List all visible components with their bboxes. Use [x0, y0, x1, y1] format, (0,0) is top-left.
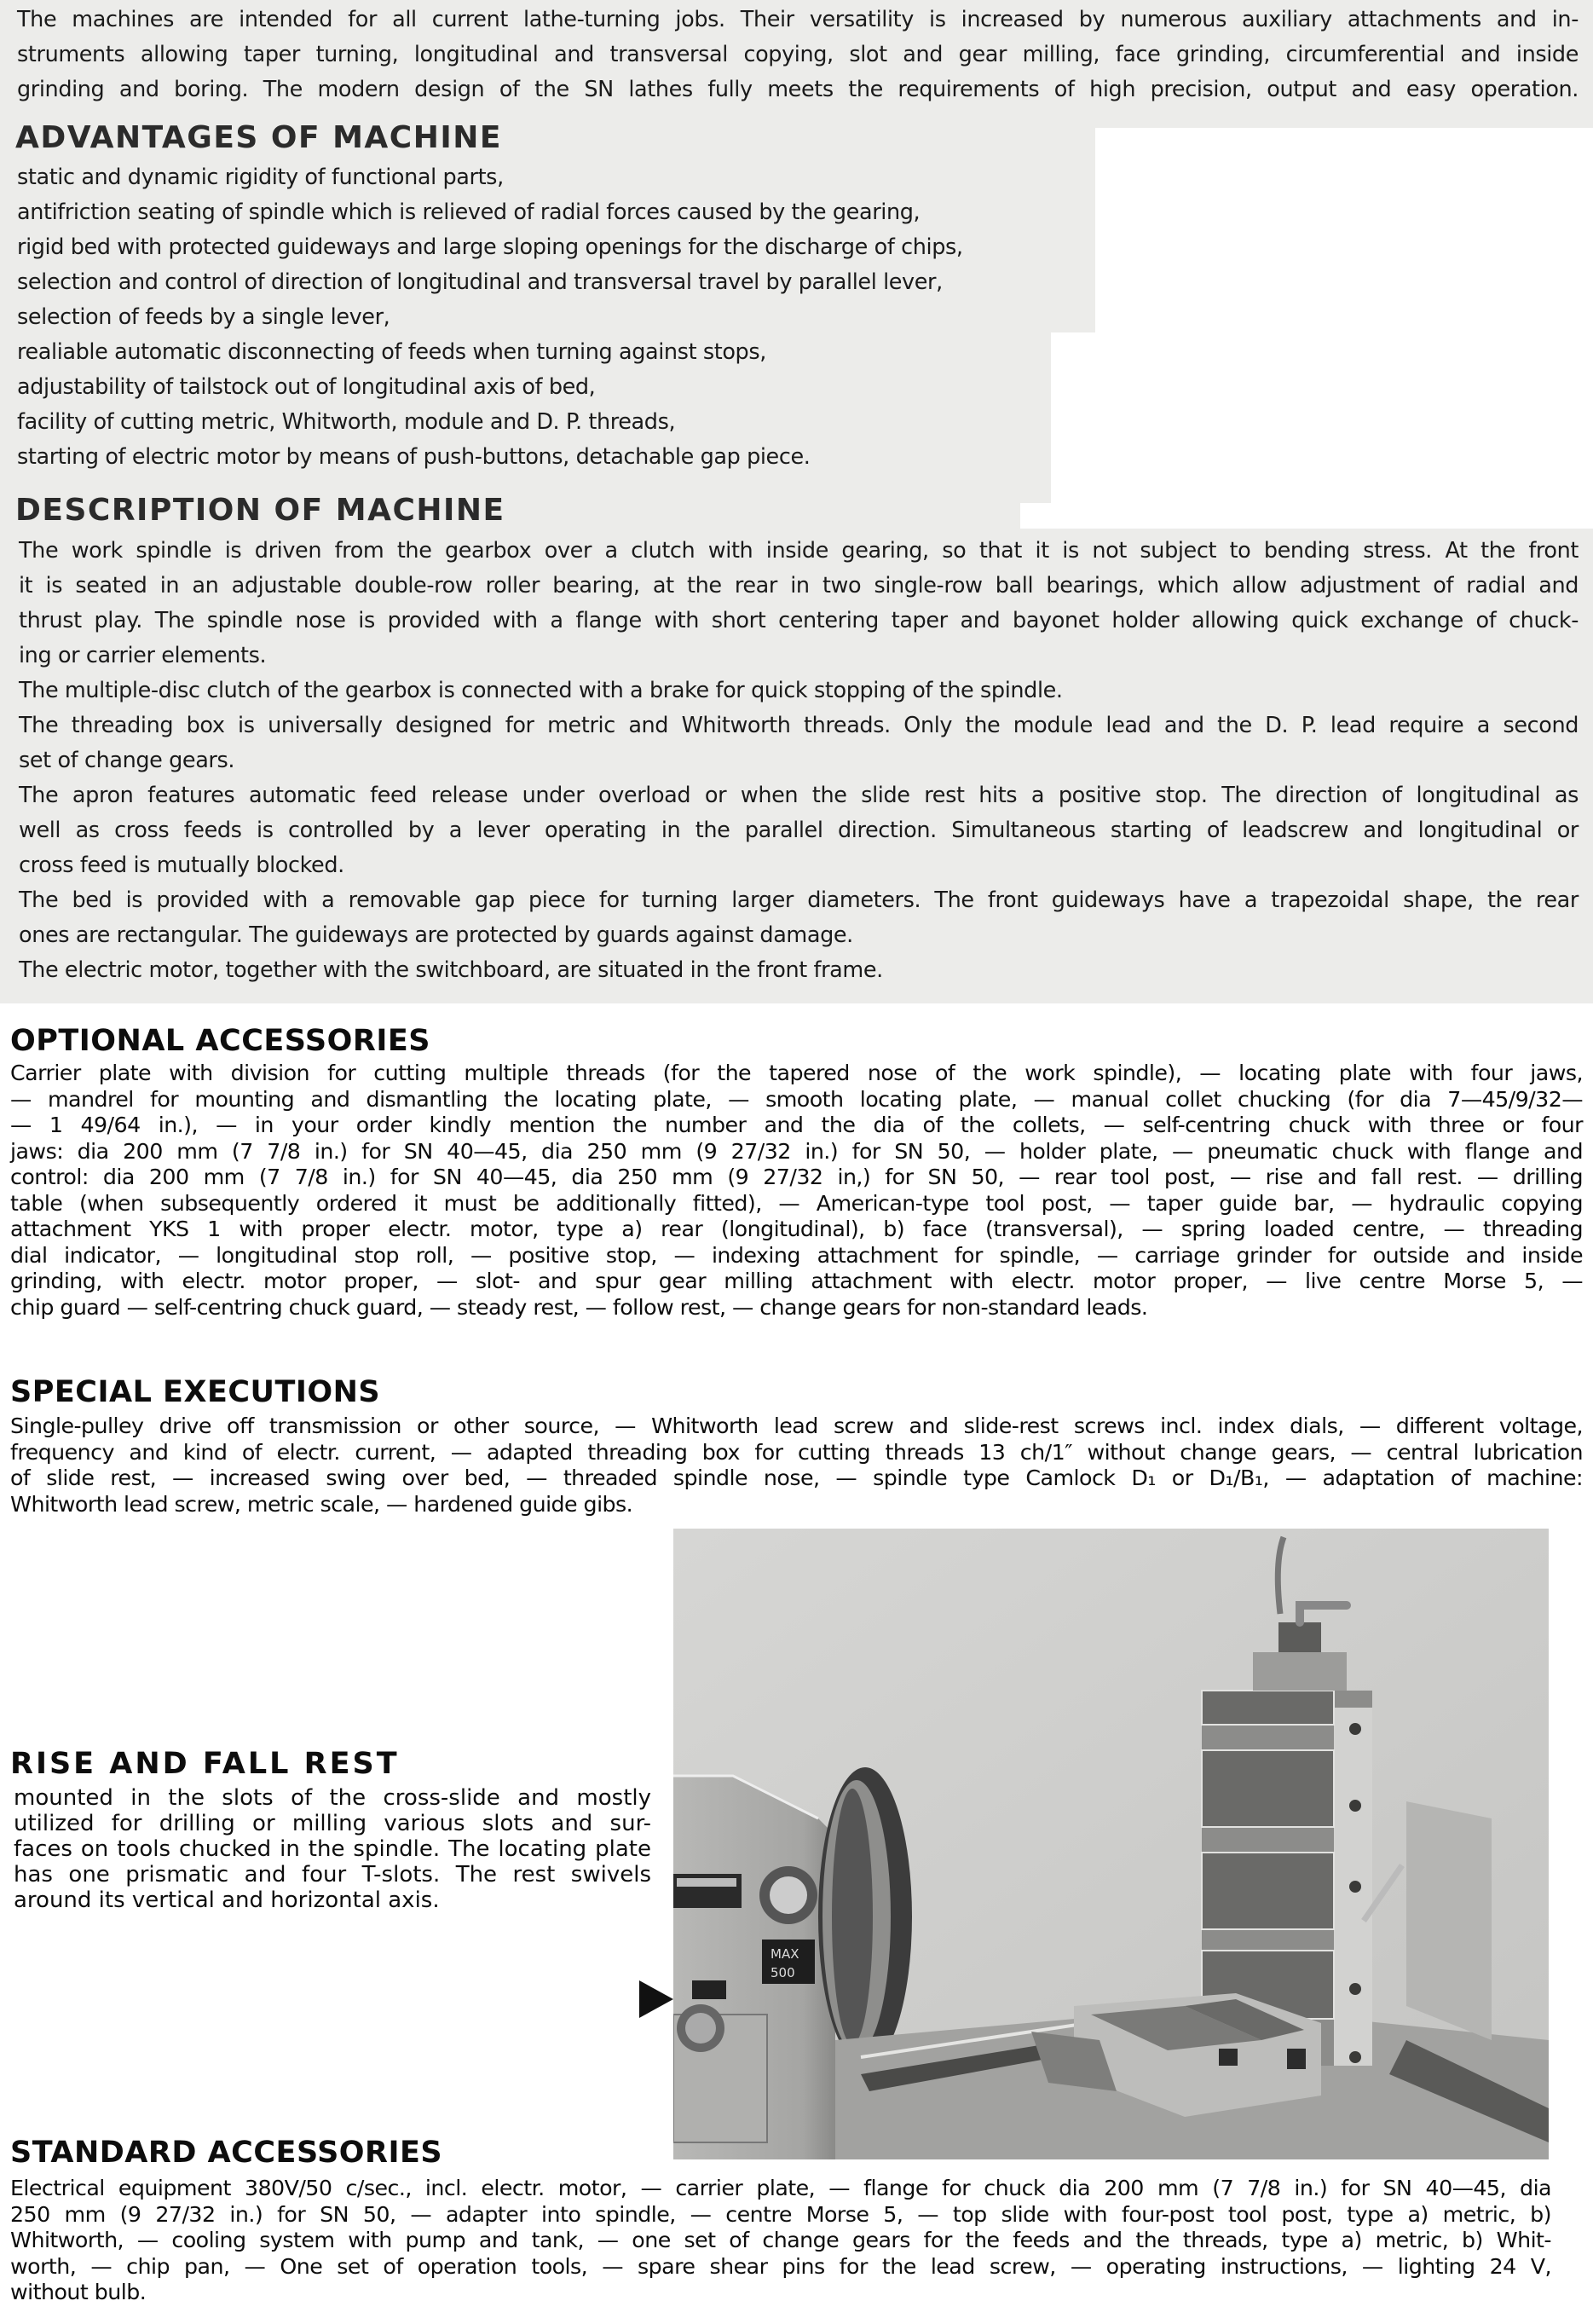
- intro-line: grinding and boring. The modern design o…: [17, 72, 1579, 107]
- optional-line: table (when subsequently ordered it must…: [10, 1191, 1583, 1217]
- intro-line: struments allowing taper turning, longit…: [17, 38, 1579, 72]
- description-line: ing or carrier elements.: [19, 639, 1579, 673]
- advantage-item: selection and control of direction of lo…: [17, 265, 963, 300]
- advantage-item: realiable automatic disconnecting of fee…: [17, 335, 963, 370]
- special-line: Whitworth lead screw, metric scale, — ha…: [10, 1492, 1583, 1518]
- special-line: Single-pulley drive off transmission or …: [10, 1413, 1583, 1440]
- description-line: cross feed is mutually blocked.: [19, 848, 1579, 883]
- description-line: thrust play. The spindle nose is provide…: [19, 604, 1579, 639]
- advantage-item: selection of feeds by a single lever,: [17, 300, 963, 335]
- optional-line: — mandrel for mounting and dismantling t…: [10, 1087, 1583, 1113]
- description-line: The apron features automatic feed releas…: [19, 778, 1579, 813]
- optional-accessories-heading: OPTIONAL ACCESSORIES: [10, 1023, 430, 1059]
- rise-and-fall-rest-heading: RISE AND FALL REST: [10, 1746, 400, 1782]
- standard-line: Whitworth, — cooling system with pump an…: [10, 2228, 1551, 2254]
- optional-line: jaws: dia 200 mm (7 7/8 in.) for SN 40—4…: [10, 1139, 1583, 1165]
- special-executions-text: Single-pulley drive off transmission or …: [10, 1413, 1583, 1518]
- rise-line: faces on tools chucked in the spindle. T…: [14, 1836, 651, 1862]
- standard-line: 250 mm (9 27/32 in.) for SN 50, — adapte…: [10, 2202, 1551, 2229]
- description-heading: DESCRIPTION OF MACHINE: [15, 492, 505, 529]
- special-executions-heading: SPECIAL EXECUTIONS: [10, 1374, 380, 1410]
- standard-line: Electrical equipment 380V/50 c/sec., inc…: [10, 2176, 1551, 2202]
- description-line: The electric motor, together with the sw…: [19, 953, 1579, 988]
- rise-and-fall-rest-text: mounted in the slots of the cross-slide …: [14, 1785, 651, 1913]
- optional-line: Carrier plate with division for cutting …: [10, 1061, 1583, 1087]
- intro-paragraph: The machines are intended for all curren…: [17, 3, 1579, 107]
- lathe-photo: MAX 500: [673, 1529, 1549, 2159]
- lathe-illustration: MAX 500: [673, 1529, 1549, 2159]
- optional-line: — 1 49/64 in.), — in your order kindly m…: [10, 1113, 1583, 1139]
- description-line: set of change gears.: [19, 743, 1579, 778]
- advantages-heading: ADVANTAGES OF MACHINE: [15, 119, 502, 157]
- pointer-arrow-icon: [639, 1980, 673, 2018]
- standard-accessories-text: Electrical equipment 380V/50 c/sec., inc…: [10, 2176, 1551, 2306]
- special-line: frequency and kind of electr. current, —…: [10, 1440, 1583, 1466]
- optional-line: chip guard — self-centring chuck guard, …: [10, 1295, 1583, 1321]
- intro-line: The machines are intended for all curren…: [17, 3, 1579, 38]
- special-line: of slide rest, — increased swing over be…: [10, 1466, 1583, 1492]
- advantage-item: adjustability of tailstock out of longit…: [17, 370, 963, 405]
- description-line: The multiple-disc clutch of the gearbox …: [19, 673, 1579, 708]
- advantage-item: starting of electric motor by means of p…: [17, 440, 963, 475]
- description-paragraphs: The work spindle is driven from the gear…: [19, 534, 1579, 988]
- standard-accessories-heading: STANDARD ACCESSORIES: [10, 2135, 442, 2171]
- rise-line: has one prismatic and four T-slots. The …: [14, 1862, 651, 1888]
- optional-accessories-text: Carrier plate with division for cutting …: [10, 1061, 1583, 1321]
- description-line: The bed is provided with a removable gap…: [19, 883, 1579, 918]
- optional-line: control: dia 200 mm (7 7/8 in.) for SN 4…: [10, 1165, 1583, 1191]
- advantage-item: facility of cutting metric, Whitworth, m…: [17, 405, 963, 440]
- description-line: ones are rectangular. The guideways are …: [19, 918, 1579, 953]
- optional-line: dial indicator, — longitudinal stop roll…: [10, 1243, 1583, 1269]
- optional-line: attachment YKS 1 with proper electr. mot…: [10, 1217, 1583, 1243]
- advantage-item: static and dynamic rigidity of functiona…: [17, 160, 963, 195]
- advantages-list: static and dynamic rigidity of functiona…: [17, 160, 963, 475]
- standard-line: worth, — chip pan, — One set of operatio…: [10, 2254, 1551, 2281]
- plate-label-500: 500: [771, 1965, 795, 1980]
- standard-line: without bulb.: [10, 2280, 1551, 2306]
- plate-label-max: MAX: [771, 1946, 799, 1962]
- rise-line: utilized for drilling or milling various…: [14, 1811, 651, 1836]
- description-line: it is seated in an adjustable double-row…: [19, 569, 1579, 604]
- optional-line: grinding, with electr. motor proper, — s…: [10, 1269, 1583, 1295]
- description-line: The threading box is universally designe…: [19, 708, 1579, 743]
- advantage-item: antifriction seating of spindle which is…: [17, 195, 963, 230]
- rise-line: mounted in the slots of the cross-slide …: [14, 1785, 651, 1811]
- description-line: well as cross feeds is controlled by a l…: [19, 813, 1579, 848]
- description-line: The work spindle is driven from the gear…: [19, 534, 1579, 569]
- rise-line: around its vertical and horizontal axis.: [14, 1888, 651, 1913]
- advantage-item: rigid bed with protected guideways and l…: [17, 230, 963, 265]
